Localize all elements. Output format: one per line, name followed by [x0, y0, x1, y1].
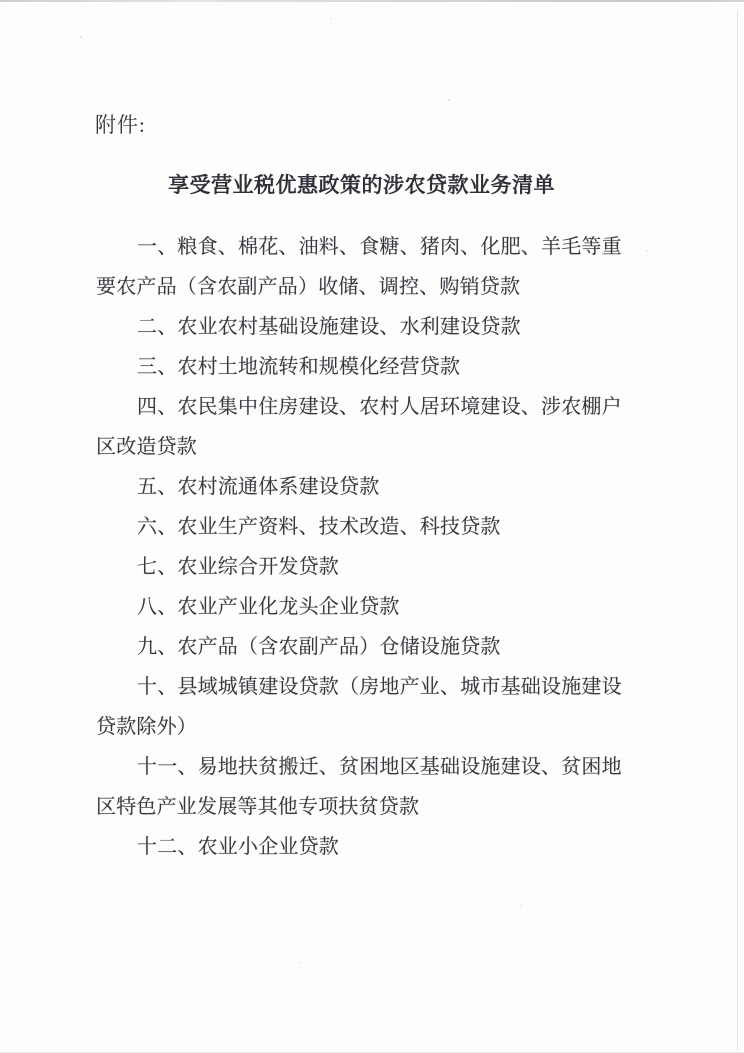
list-line-item11-cont: 区特色产业发展等其他专项扶贫贷款	[96, 787, 630, 827]
list-line-item1-cont: 要农产品（含农副产品）收储、调控、购销贷款	[96, 267, 630, 307]
list-line-item10-cont: 贷款除外）	[96, 707, 630, 747]
list-line-item8: 八、农业产业化龙头企业贷款	[96, 587, 630, 627]
scan-speck	[520, 905, 522, 907]
attachment-label: 附件:	[95, 112, 146, 138]
scan-speck	[330, 18, 332, 20]
list-line-item5: 五、农村流通体系建设贷款	[96, 467, 630, 507]
document-title: 享受营业税优惠政策的涉农贷款业务清单	[96, 169, 627, 199]
list-line-item1: 一、粮食、棉花、油料、食糖、猪肉、化肥、羊毛等重	[96, 227, 630, 267]
scan-speck	[646, 250, 648, 252]
list-line-item11: 十一、易地扶贫搬迁、贫困地区基础设施建设、贫困地	[96, 747, 630, 787]
list-line-item2: 二、农业农村基础设施建设、水利建设贷款	[96, 307, 630, 347]
scan-speck	[300, 962, 302, 964]
scan-speck	[448, 99, 450, 101]
scan-speck	[80, 36, 82, 38]
scanned-page: 附件: 享受营业税优惠政策的涉农贷款业务清单 一、粮食、棉花、油料、食糖、猪肉、…	[0, 0, 744, 1053]
list-line-item6: 六、农业生产资料、技术改造、科技贷款	[96, 507, 630, 547]
scan-edge-right	[737, 10, 738, 1050]
list-line-item4-cont: 区改造贷款	[96, 427, 630, 467]
list-line-item7: 七、农业综合开发贷款	[96, 547, 630, 587]
loan-list: 一、粮食、棉花、油料、食糖、猪肉、化肥、羊毛等重 要农产品（含农副产品）收储、调…	[96, 227, 630, 867]
list-line-item3: 三、农村土地流转和规模化经营贷款	[96, 347, 630, 387]
list-line-item9: 九、农产品（含农副产品）仓储设施贷款	[96, 627, 630, 667]
list-line-item10: 十、县域城镇建设贷款（房地产业、城市基础设施建设	[96, 667, 630, 707]
list-line-item4: 四、农民集中住房建设、农村人居环境建设、涉农棚户	[96, 387, 630, 427]
scan-edge-top	[0, 0, 744, 2]
list-line-item12: 十二、农业小企业贷款	[96, 827, 630, 867]
